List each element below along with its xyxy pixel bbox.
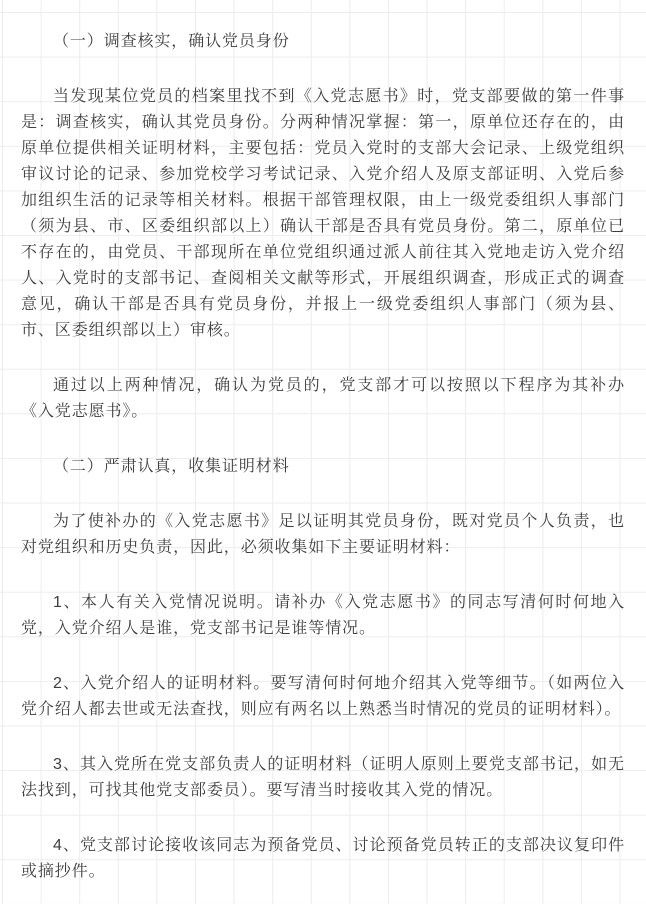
list-item-2-introducer-proof: 2、入党介绍人的证明材料。要写清何时何地介绍其入党等细节。（如两位入党介绍人都去… [21, 671, 625, 723]
paragraph-identity-verification: 当发现某位党员的档案里找不到《入党志愿书》时，党支部要做的第一件事是：调查核实，… [21, 84, 625, 344]
list-item-4-branch-resolution-copy: 4、党支部讨论接收该同志为预备党员、讨论预备党员转正的支部决议复印件或摘抄件。 [21, 833, 625, 885]
paragraph-materials-intro: 为了使补办的《入党志愿书》足以证明其党员身份，既对党员个人负责，也对党组织和历史… [21, 509, 625, 561]
document-page: （一）调查核实，确认党员身份 当发现某位党员的档案里找不到《入党志愿书》时，党支… [0, 0, 646, 904]
section-heading-1: （一）调查核实，确认党员身份 [21, 29, 625, 55]
section-heading-2: （二）严肃认真，收集证明材料 [21, 454, 625, 480]
list-item-1-personal-statement: 1、本人有关入党情况说明。请补办《入党志愿书》的同志写清何时何地入党，入党介绍人… [21, 590, 625, 642]
paragraph-confirmation-procedure: 通过以上两种情况，确认为党员的，党支部才可以按照以下程序为其补办《入党志愿书》。 [21, 373, 625, 425]
article-body: （一）调查核实，确认党员身份 当发现某位党员的档案里找不到《入党志愿书》时，党支… [0, 0, 646, 885]
list-item-3-branch-leader-proof: 3、其入党所在党支部负责人的证明材料（证明人原则上要党支部书记，如无法找到，可找… [21, 752, 625, 804]
